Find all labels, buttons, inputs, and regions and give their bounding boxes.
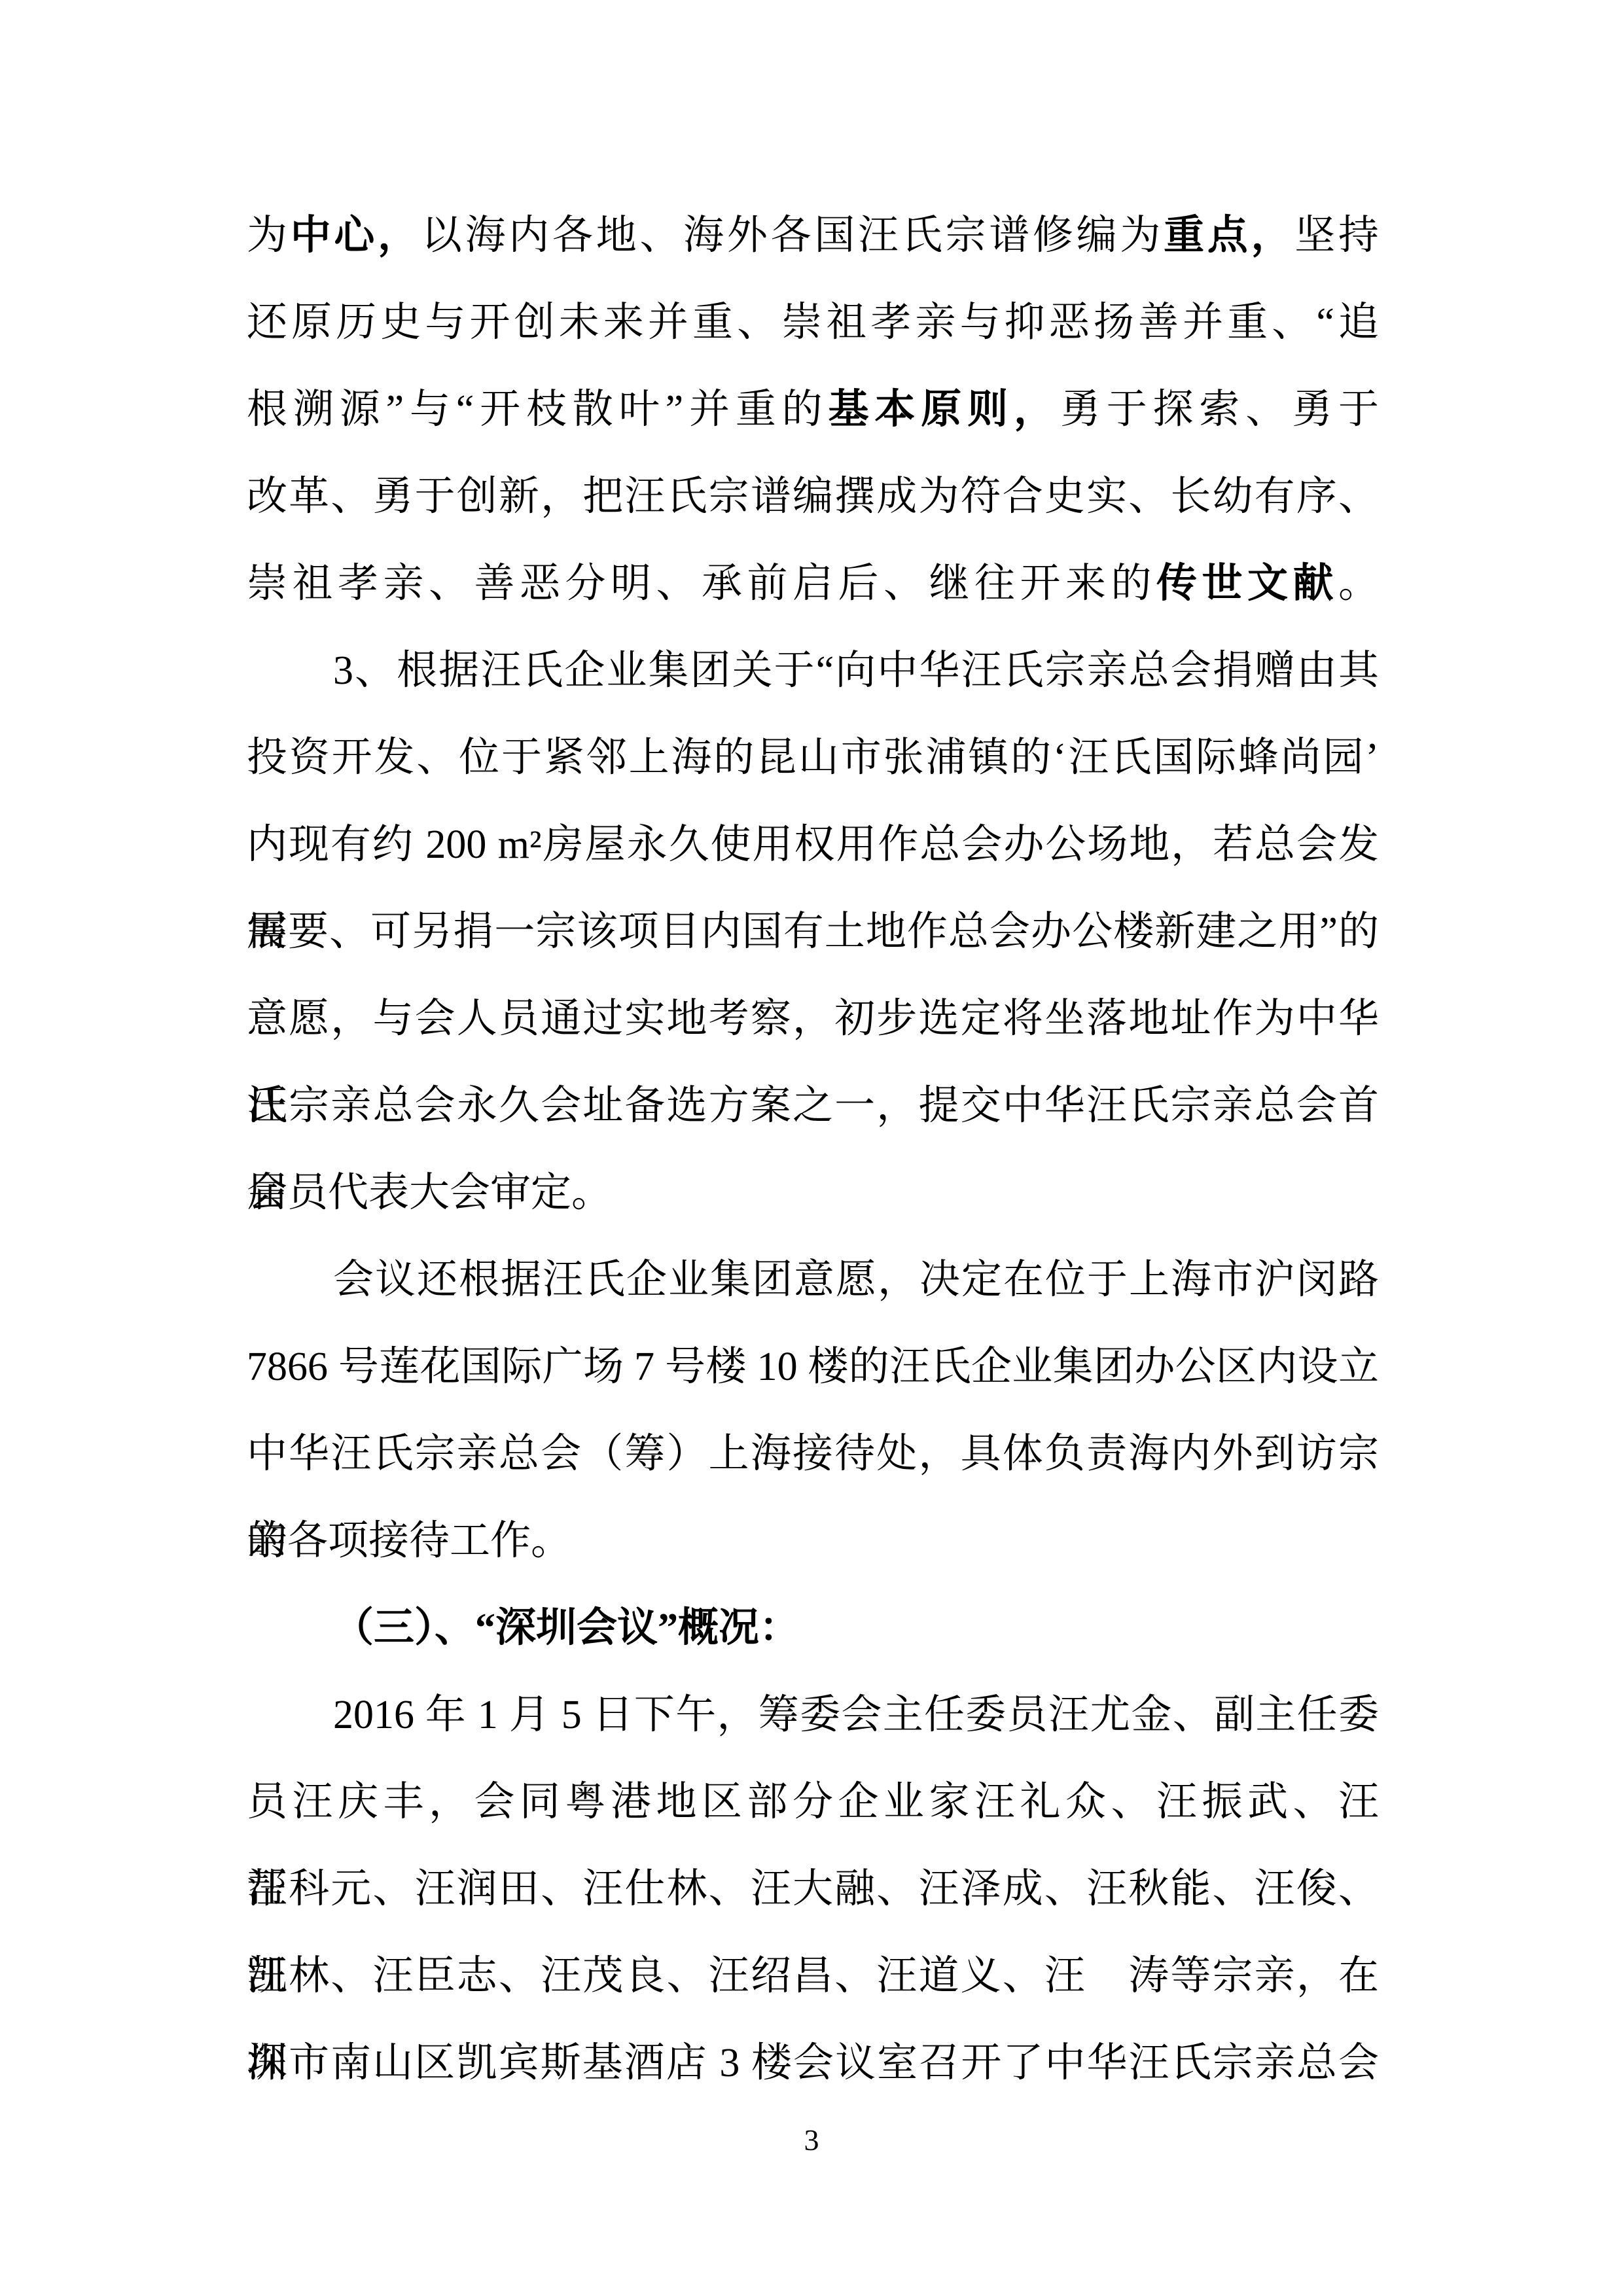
document-line: 会议还根据汪氏企业集团意愿，决定在位于上海市沪闵路 [247,1237,1379,1324]
text-segment: 投资开发、位于紧邻上海的昆山市张浦镇的‘汪氏国际蜂尚园’ [247,735,1379,780]
text-segment: 需要、可另捐一宗该项目内国有土地作总会办公楼新建之用”的 [247,910,1379,954]
document-line: 为中心，以海内各地、海外各国汪氏宗谱修编为重点，坚持 [247,192,1379,279]
bold-text-segment: （三）、“深圳会议”概况： [333,1606,800,1650]
bold-text-segment: 重点， [1164,213,1294,258]
document-line: 意愿，与会人员通过实地考察，初步选定将坐落地址作为中华汪 [247,976,1379,1063]
text-segment: 勇于探索、勇于 [1060,387,1379,432]
text-segment: 以海内各地、海外各国汪氏宗谱修编为 [421,213,1164,258]
document-line: （三）、“深圳会议”概况： [247,1585,1379,1672]
document-line: 改革、勇于创新，把汪氏宗谱编撰成为符合史实、长幼有序、 [247,453,1379,540]
text-segment: 改革、勇于创新，把汪氏宗谱编撰成为符合史实、长幼有序、 [247,474,1379,519]
document-line: 2016 年 1 月 5 日下午，筹委会主任委员汪尤金、副主任委 [247,1672,1379,1759]
page-number: 3 [0,2119,1623,2162]
bold-text-segment: 基本原则， [829,387,1060,432]
document-line: 氏宗亲总会永久会址备选方案之一，提交中华汪氏宗亲总会首届 [247,1063,1379,1150]
document-body: 为中心，以海内各地、海外各国汪氏宗谱修编为重点，坚持还原历史与开创未来并重、崇祖… [247,192,1379,2107]
text-segment: 3、根据汪氏企业集团关于“向中华汪氏宗亲总会捐赠由其 [333,648,1379,693]
document-line: 圳市南山区凯宾斯基酒店 3 楼会议室召开了中华汪氏宗亲总会 [247,2020,1379,2107]
text-segment: 。 [1338,561,1379,606]
document-line: 内现有约 200 m²房屋永久使用权用作总会办公场地，若总会发展 [247,802,1379,889]
document-line: 投资开发、位于紧邻上海的昆山市张浦镇的‘汪氏国际蜂尚园’ [247,715,1379,802]
text-segment: 会员代表大会审定。 [247,1171,612,1215]
document-line: 7866 号莲花国际广场 7 号楼 10 楼的汪氏企业集团办公区内设立 [247,1324,1379,1411]
bold-text-segment: 中心， [291,213,421,258]
text-segment: 2016 年 1 月 5 日下午，筹委会主任委员汪尤金、副主任委 [333,1693,1379,1737]
text-segment: 还原历史与开创未来并重、崇祖孝亲与抑恶扬善并重、“追 [247,300,1379,345]
text-segment: 7866 号莲花国际广场 7 号楼 10 楼的汪氏企业集团办公区内设立 [247,1345,1379,1389]
document-line: 需要、可另捐一宗该项目内国有土地作总会办公楼新建之用”的 [247,889,1379,976]
document-line: 3、根据汪氏企业集团关于“向中华汪氏宗亲总会捐赠由其 [247,627,1379,715]
text-segment: 坚持 [1294,213,1379,258]
document-line: 崇祖孝亲、善恶分明、承前启后、继往开来的传世文献。 [247,540,1379,627]
document-line: 会员代表大会审定。 [247,1150,1379,1237]
document-page: 为中心，以海内各地、海外各国汪氏宗谱修编为重点，坚持还原历史与开创未来并重、崇祖… [0,0,1623,2296]
text-segment: 的各项接待工作。 [247,1519,571,1563]
document-line: 的各项接待工作。 [247,1498,1379,1585]
document-line: 中华汪氏宗亲总会（筹）上海接待处，具体负责海内外到访宗亲 [247,1411,1379,1498]
text-segment: 为 [247,213,291,258]
text-segment: 根溯源”与“开枝散叶”并重的 [247,387,829,432]
document-line: 凯林、汪臣志、汪茂良、汪绍昌、汪道义、汪 涛等宗亲，在深 [247,1933,1379,2020]
document-line: 员汪庆丰，会同粤港地区部分企业家汪礼众、汪振武、汪 帮、 [247,1759,1379,1846]
bold-text-segment: 传世文献 [1156,561,1338,606]
document-line: 汪科元、汪润田、汪仕林、汪大融、汪泽成、汪秋能、汪俊、汪 [247,1846,1379,1933]
document-line: 根溯源”与“开枝散叶”并重的基本原则，勇于探索、勇于 [247,366,1379,453]
document-line: 还原历史与开创未来并重、崇祖孝亲与抑恶扬善并重、“追 [247,279,1379,366]
text-segment: 圳市南山区凯宾斯基酒店 3 楼会议室召开了中华汪氏宗亲总会 [247,2041,1379,2085]
text-segment: 崇祖孝亲、善恶分明、承前启后、继往开来的 [247,561,1156,606]
text-segment: 会议还根据汪氏企业集团意愿，决定在位于上海市沪闵路 [333,1258,1379,1302]
